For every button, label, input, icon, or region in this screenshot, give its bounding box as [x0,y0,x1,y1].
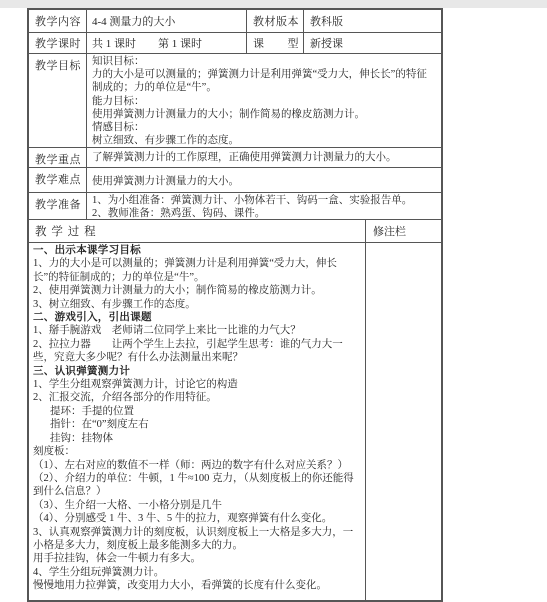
row-label-preparation: 教学准备 [29,193,87,219]
process-line: 2、使用弹簧测力计测量力的大小；制作简易的橡皮筋测力计。 [33,284,360,297]
preparation-line: 1、为小组准备：弹簧测力计、小物体若干、钩码一盒、实验报告单。 [92,194,435,207]
row-label-focus: 教学重点 [29,148,87,167]
preparation-line: 2、教师准备：熟鸡蛋、钩码、课件。 [92,207,435,219]
period-value: 共 1 课时 第 1 课时 [87,33,247,53]
lesson-plan-table: 教学内容 4-4 测量力的大小 教材版本 教科版 教学课时 共 1 课时 第 1… [27,8,443,602]
process-line: 刻度板： [33,445,360,458]
row-label-period: 教学课时 [29,33,87,53]
notes-column-body [366,243,441,600]
course-type-value: 新授课 [304,33,441,53]
process-steps: 一、出示本课学习目标1、力的大小是可以测量的；弹簧测力计是利用弹簧“受力大，伸长… [29,243,366,600]
process-line: 二、游戏引入，引出课题 [33,311,360,324]
edition-value: 教科版 [304,10,441,32]
process-line: 1、学生分组观察弹簧测力计，讨论它的构造 [33,378,360,391]
scan-top-strip [0,0,547,8]
goals-text: 知识目标：力的大小是可以测量的；弹簧测力计是利用弹簧“受力大，伸长长”的特征制成… [87,54,441,147]
table-row-period: 教学课时 共 1 课时 第 1 课时 课 型 新授课 [29,33,441,54]
process-line: （3）、生介绍一大格、一小格分别是几牛 [33,499,360,512]
process-line: 用手拉挂钩，体会一牛顿力有多大。 [33,552,360,565]
row-label-content: 教学内容 [29,10,87,32]
process-line: 慢慢地用力拉弹簧，改变用力大小，看弹簧的长度有什么变化。 [33,579,360,592]
table-row-content: 教学内容 4-4 测量力的大小 教材版本 教科版 [29,10,441,33]
table-row-process-body: 一、出示本课学习目标1、力的大小是可以测量的；弹簧测力计是利用弹簧“受力大，伸长… [29,243,441,600]
preparation-text: 1、为小组准备：弹簧测力计、小物体若干、钩码一盒、实验报告单。2、教师准备：熟鸡… [87,193,441,219]
row-label-difficulty: 教学难点 [29,168,87,192]
process-line: 2、汇报交流，介绍各部分的作用特征。 [33,391,360,404]
process-line: （1）、左右对应的数值不一样（师：两边的数字有什么对应关系？） [33,459,360,472]
table-row-preparation: 教学准备 1、为小组准备：弹簧测力计、小物体若干、钩码一盒、实验报告单。2、教师… [29,193,441,220]
row-label-course-type: 课 型 [247,33,304,53]
process-line: 1、力的大小是可以测量的；弹簧测力计是利用弹簧“受力大，伸长长”的特征制成的；力… [33,257,360,284]
process-line: 挂钩：挂物体 [33,432,360,445]
focus-text: 了解弹簧测力计的工作原理，正确使用弹簧测力计测量力的大小。 [87,148,441,167]
difficulty-text: 使用弹簧测力计测量力的大小。 [87,168,441,192]
table-row-process-header: 教 学 过 程 修注栏 [29,220,441,243]
content-value: 4-4 测量力的大小 [87,10,247,32]
row-label-edition: 教材版本 [247,10,304,32]
table-row-difficulty: 教学难点 使用弹簧测力计测量力的大小。 [29,168,441,193]
goals-line: 知识目标： [92,55,435,68]
goals-line: 树立细致、有步骤工作的态度。 [92,134,435,147]
process-line: 一、出示本课学习目标 [33,244,360,257]
process-line: 4、学生分组玩弹簧测力计。 [33,566,360,579]
process-line: 3、认真观察弹簧测力计的刻度板，认识刻度板上一大格是多大力，一小格是多大力，刻度… [33,526,360,553]
process-line: 指针：在“0”刻度左右 [33,418,360,431]
table-row-goals: 教学目标 知识目标：力的大小是可以测量的；弹簧测力计是利用弹簧“受力大，伸长长”… [29,54,441,148]
goals-line: 使用弹簧测力计测量力的大小；制作简易的橡皮筋测力计。 [92,108,435,121]
goals-line: 力的大小是可以测量的；弹簧测力计是利用弹簧“受力大，伸长长”的特征制成的；力的单… [92,68,435,94]
process-line: 2、拉拉力器 让两个学生上去拉，引起学生思考：谁的气力大一些，究竟大多少呢？有什… [33,338,360,365]
process-line: 提环：手提的位置 [33,405,360,418]
notes-column-header: 修注栏 [366,220,441,242]
process-line: 1、掰手腕游戏 老师请二位同学上来比一比谁的力气大？ [33,324,360,337]
process-header-label: 教 学 过 程 [29,220,366,242]
goals-line: 情感目标： [92,121,435,134]
table-row-focus: 教学重点 了解弹簧测力计的工作原理，正确使用弹簧测力计测量力的大小。 [29,148,441,168]
process-line: （2）、介绍力的单位：牛顿，1 牛≈100 克力，（从刻度板上的你还能得到什么信… [33,472,360,499]
process-line: （4）、分别感受 1 牛、3 牛、5 牛的拉力，观察弹簧有什么变化。 [33,512,360,525]
process-line: 3、树立细致、有步骤工作的态度。 [33,298,360,311]
process-line: 三、认识弹簧测力计 [33,365,360,378]
row-label-goals: 教学目标 [29,54,87,147]
goals-line: 能力目标： [92,95,435,108]
